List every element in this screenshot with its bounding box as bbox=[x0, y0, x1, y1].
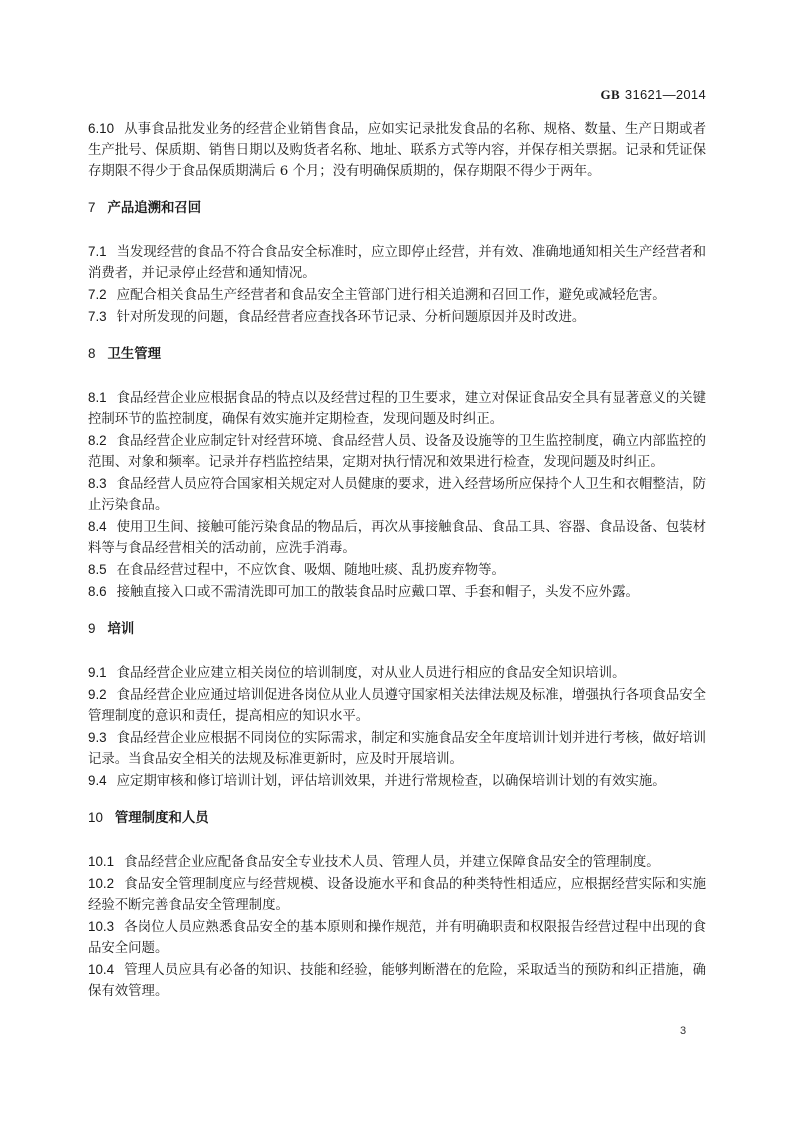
clause-number: 8.4 bbox=[88, 516, 107, 537]
clause-9-2: 9.2食品经营企业应通过培训促进各岗位从业人员遵守国家相关法律法规及标准，增强执… bbox=[88, 684, 706, 727]
clause-number: 9.1 bbox=[88, 662, 107, 683]
clause-text: 食品经营企业应根据不同岗位的实际需求，制定和实施食品安全年度培训计划并进行考核，… bbox=[88, 731, 706, 767]
clause-7-1: 7.1当发现经营的食品不符合食品安全标准时，应立即停止经营，并有效、准确地通知相… bbox=[88, 241, 706, 284]
section-title: 管理制度和人员 bbox=[115, 811, 209, 826]
section-title: 卫生管理 bbox=[107, 347, 161, 362]
section-number: 7 bbox=[88, 200, 95, 215]
clause-9-1: 9.1食品经营企业应建立相关岗位的培训制度，对从业人员进行相应的食品安全知识培训… bbox=[88, 662, 706, 684]
clause-number: 8.2 bbox=[88, 430, 107, 451]
clause-10-1: 10.1食品经营企业应配备食品安全专业技术人员、管理人员，并建立保障食品安全的管… bbox=[88, 851, 706, 873]
standard-prefix: GB bbox=[601, 87, 620, 102]
clause-8-5: 8.5在食品经营过程中，不应饮食、吸烟、随地吐痰、乱扔废弃物等。 bbox=[88, 559, 706, 581]
clause-number: 9.2 bbox=[88, 684, 107, 705]
section-title: 培训 bbox=[107, 622, 134, 637]
clause-text: 食品经营企业应制定针对经营环境、食品经营人员、设备及设施等的卫生监控制度，确立内… bbox=[88, 434, 706, 470]
clause-text: 食品经营企业应建立相关岗位的培训制度，对从业人员进行相应的食品安全知识培训。 bbox=[117, 666, 626, 681]
clause-text: 从事食品批发业务的经营企业销售食品，应如实记录批发食品的名称、规格、数量、生产日… bbox=[88, 122, 706, 179]
clause-text: 当发现经营的食品不符合食品安全标准时，应立即停止经营，并有效、准确地通知相关生产… bbox=[88, 245, 706, 281]
clause-number: 8.1 bbox=[88, 387, 107, 408]
clause-text: 在食品经营过程中，不应饮食、吸烟、随地吐痰、乱扔废弃物等。 bbox=[117, 563, 505, 578]
clause-number: 7.1 bbox=[88, 241, 107, 262]
clause-number: 9.4 bbox=[88, 770, 107, 791]
section-number: 10 bbox=[88, 810, 103, 825]
clause-8-2: 8.2食品经营企业应制定针对经营环境、食品经营人员、设备及设施等的卫生监控制度，… bbox=[88, 430, 706, 473]
clause-9-3: 9.3食品经营企业应根据不同岗位的实际需求，制定和实施食品安全年度培训计划并进行… bbox=[88, 727, 706, 770]
clause-8-4: 8.4使用卫生间、接触可能污染食品的物品后，再次从事接触食品、食品工具、容器、食… bbox=[88, 516, 706, 559]
clause-10-4: 10.4管理人员应具有必备的知识、技能和经验，能够判断潜在的危险，采取适当的预防… bbox=[88, 959, 706, 1002]
clause-number: 8.6 bbox=[88, 581, 107, 602]
document-body: 6.10从事食品批发业务的经营企业销售食品，应如实记录批发食品的名称、规格、数量… bbox=[88, 118, 706, 1002]
clause-9-4: 9.4应定期审核和修订培训计划，评估培训效果，并进行常规检查，以确保培训计划的有… bbox=[88, 770, 706, 792]
section-heading-10: 10管理制度和人员 bbox=[88, 807, 706, 829]
clause-8-1: 8.1食品经营企业应根据食品的特点以及经营过程的卫生要求，建立对保证食品安全具有… bbox=[88, 387, 706, 430]
clause-text: 食品经营企业应根据食品的特点以及经营过程的卫生要求，建立对保证食品安全具有显著意… bbox=[88, 391, 706, 427]
clause-8-6: 8.6接触直接入口或不需清洗即可加工的散装食品时应戴口罩、手套和帽子，头发不应外… bbox=[88, 581, 706, 603]
clause-number: 7.3 bbox=[88, 306, 107, 327]
section-title: 产品追溯和召回 bbox=[107, 201, 201, 216]
clause-text: 接触直接入口或不需清洗即可加工的散装食品时应戴口罩、手套和帽子，头发不应外露。 bbox=[117, 585, 639, 600]
clause-text: 应配合相关食品生产经营者和食品安全主管部门进行相关追溯和召回工作，避免或减轻危害… bbox=[117, 288, 666, 303]
clause-number: 10.4 bbox=[88, 959, 114, 980]
clause-number: 9.3 bbox=[88, 727, 107, 748]
standard-header: GB31621—2014 bbox=[601, 87, 706, 103]
clause-text: 应定期审核和修订培训计划，评估培训效果，并进行常规检查，以确保培训计划的有效实施… bbox=[117, 774, 666, 789]
clause-text: 管理人员应具有必备的知识、技能和经验，能够判断潜在的危险，采取适当的预防和纠正措… bbox=[88, 963, 706, 999]
clause-number: 8.5 bbox=[88, 559, 107, 580]
standard-number: 31621—2014 bbox=[625, 87, 706, 102]
section-number: 8 bbox=[88, 346, 95, 361]
clause-number: 10.1 bbox=[88, 851, 114, 872]
section-number: 9 bbox=[88, 621, 95, 636]
clause-text: 食品安全管理制度应与经营规模、设备设施水平和食品的种类特性相适应，应根据经营实际… bbox=[88, 877, 706, 913]
clause-text: 食品经营人员应符合国家相关规定对人员健康的要求，进入经营场所应保持个人卫生和衣帽… bbox=[88, 477, 706, 513]
clause-text: 各岗位人员应熟悉食品安全的基本原则和操作规范，并有明确职责和权限报告经营过程中出… bbox=[88, 920, 706, 956]
section-heading-8: 8卫生管理 bbox=[88, 343, 706, 365]
clause-text: 使用卫生间、接触可能污染食品的物品后，再次从事接触食品、食品工具、容器、食品设备… bbox=[88, 520, 706, 556]
clause-text: 食品经营企业应配备食品安全专业技术人员、管理人员，并建立保障食品安全的管理制度。 bbox=[124, 855, 660, 870]
clause-8-3: 8.3食品经营人员应符合国家相关规定对人员健康的要求，进入经营场所应保持个人卫生… bbox=[88, 473, 706, 516]
clause-10-2: 10.2食品安全管理制度应与经营规模、设备设施水平和食品的种类特性相适应，应根据… bbox=[88, 873, 706, 916]
clause-text: 食品经营企业应通过培训促进各岗位从业人员遵守国家相关法律法规及标准，增强执行各项… bbox=[88, 688, 706, 724]
section-heading-7: 7产品追溯和召回 bbox=[88, 197, 706, 219]
clause-number: 10.3 bbox=[88, 916, 114, 937]
page-number: 3 bbox=[680, 1025, 686, 1037]
clause-number: 8.3 bbox=[88, 473, 107, 494]
clause-6-10: 6.10从事食品批发业务的经营企业销售食品，应如实记录批发食品的名称、规格、数量… bbox=[88, 118, 706, 182]
clause-7-2: 7.2应配合相关食品生产经营者和食品安全主管部门进行相关追溯和召回工作，避免或减… bbox=[88, 284, 706, 306]
clause-10-3: 10.3各岗位人员应熟悉食品安全的基本原则和操作规范，并有明确职责和权限报告经营… bbox=[88, 916, 706, 959]
clause-number: 7.2 bbox=[88, 284, 107, 305]
clause-number: 6.10 bbox=[88, 118, 114, 139]
section-heading-9: 9培训 bbox=[88, 618, 706, 640]
clause-number: 10.2 bbox=[88, 873, 114, 894]
clause-7-3: 7.3针对所发现的问题，食品经营者应查找各环节记录、分析问题原因并及时改进。 bbox=[88, 306, 706, 328]
clause-text: 针对所发现的问题，食品经营者应查找各环节记录、分析问题原因并及时改进。 bbox=[117, 310, 586, 325]
